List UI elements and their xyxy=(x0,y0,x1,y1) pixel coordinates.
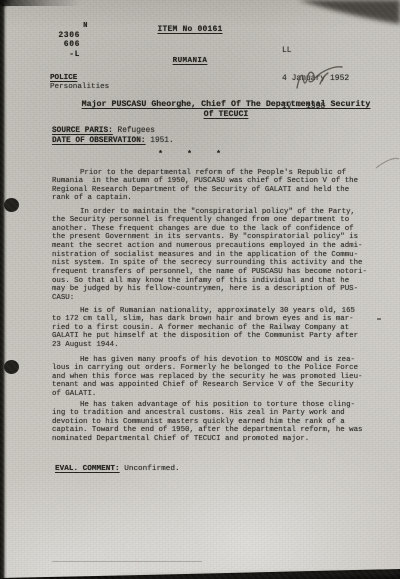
hole-punch-bottom xyxy=(4,360,19,374)
source-line: SOURCE PARIS: Refugees xyxy=(52,127,155,135)
report-title-line-1: Major PUSCASU Gheorghe, Chief Of The Dep… xyxy=(82,100,371,109)
asterisk-separator: * * * xyxy=(60,150,320,159)
body-paragraph: He has taken advantage of his position t… xyxy=(52,401,392,444)
evaluation-comment-line: EVAL. COMMENT: Unconfirmed. xyxy=(55,465,180,473)
scan-edge-bottom-shadow xyxy=(120,571,400,579)
date-of-observation-label: DATE OF OBSERVATION: xyxy=(52,137,146,145)
category-heading: POLICE xyxy=(50,74,77,82)
body-paragraph: He is of Rumanian nationality, approxima… xyxy=(52,307,392,350)
report-title-line-2: Of TECUCI xyxy=(204,110,249,119)
scan-corner-top-left xyxy=(0,0,26,18)
date-of-observation-line: DATE OF OBSERVATION: 1951. xyxy=(52,137,174,145)
source-label: SOURCE PARIS: xyxy=(52,127,113,135)
scan-scratch-line xyxy=(52,561,202,562)
scan-edge-left xyxy=(0,0,7,579)
subcategory-heading: Personalities xyxy=(50,83,109,91)
evaluation-comment-value: Unconfirmed. xyxy=(124,465,179,473)
scanned-document-page: N 2306 606 -L ITEM No 00161 LL 4 January… xyxy=(0,0,400,579)
body-paragraph: Prior to the departmental reform of the … xyxy=(52,169,392,204)
report-title: Major PUSCASU Gheorghe, Chief Of The Dep… xyxy=(70,100,382,119)
scan-edge-bottom xyxy=(0,569,400,579)
source-value: Refugees xyxy=(118,127,155,135)
handwritten-note xyxy=(293,62,345,92)
date-of-observation-value: 1951. xyxy=(150,137,173,145)
reference-code: LL xyxy=(282,46,349,55)
evaluation-comment-label: EVAL. COMMENT: xyxy=(55,465,120,473)
pencil-swoosh xyxy=(376,158,399,168)
body-paragraph: In order to maintain the "conspiratorial… xyxy=(52,208,392,303)
file-reference-line: 606 xyxy=(30,40,80,49)
item-number: ITEM No 00161 xyxy=(157,25,222,34)
body-paragraph: He has given many proofs of his devotion… xyxy=(52,356,392,399)
country-heading: RUMANIA xyxy=(173,57,208,65)
hole-punch-top xyxy=(4,198,19,212)
scan-corner-top-right xyxy=(298,0,400,24)
